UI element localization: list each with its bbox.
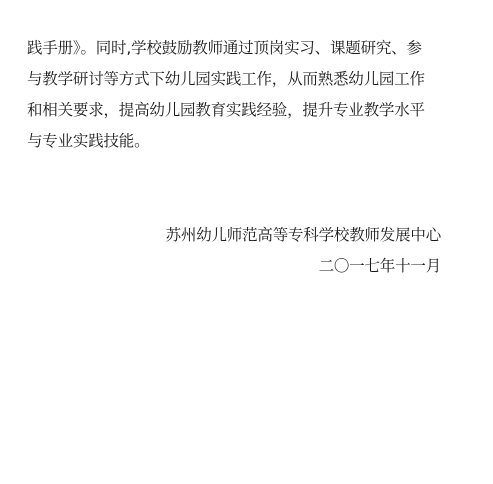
document-page: 践手册》。同时,学校鼓励教师通过顶岗实习、课题研究、参 与教学研讨等方式下幼儿园… xyxy=(0,0,493,484)
signature-block: 苏州幼儿师范高等专科学校教师发展中心 二〇一七年十一月 xyxy=(166,220,441,282)
signature-date: 二〇一七年十一月 xyxy=(166,251,441,282)
paragraph-line: 践手册》。同时,学校鼓励教师通过顶岗实习、课题研究、参 xyxy=(27,33,447,64)
paragraph-line: 和相关要求，提高幼儿园教育实践经验，提升专业教学水平 xyxy=(27,95,447,126)
paragraph-line: 与专业实践技能。 xyxy=(27,126,447,157)
body-paragraph: 践手册》。同时,学校鼓励教师通过顶岗实习、课题研究、参 与教学研讨等方式下幼儿园… xyxy=(27,33,447,157)
signature-organization: 苏州幼儿师范高等专科学校教师发展中心 xyxy=(166,220,441,251)
paragraph-line: 与教学研讨等方式下幼儿园实践工作，从而熟悉幼儿园工作 xyxy=(27,64,447,95)
